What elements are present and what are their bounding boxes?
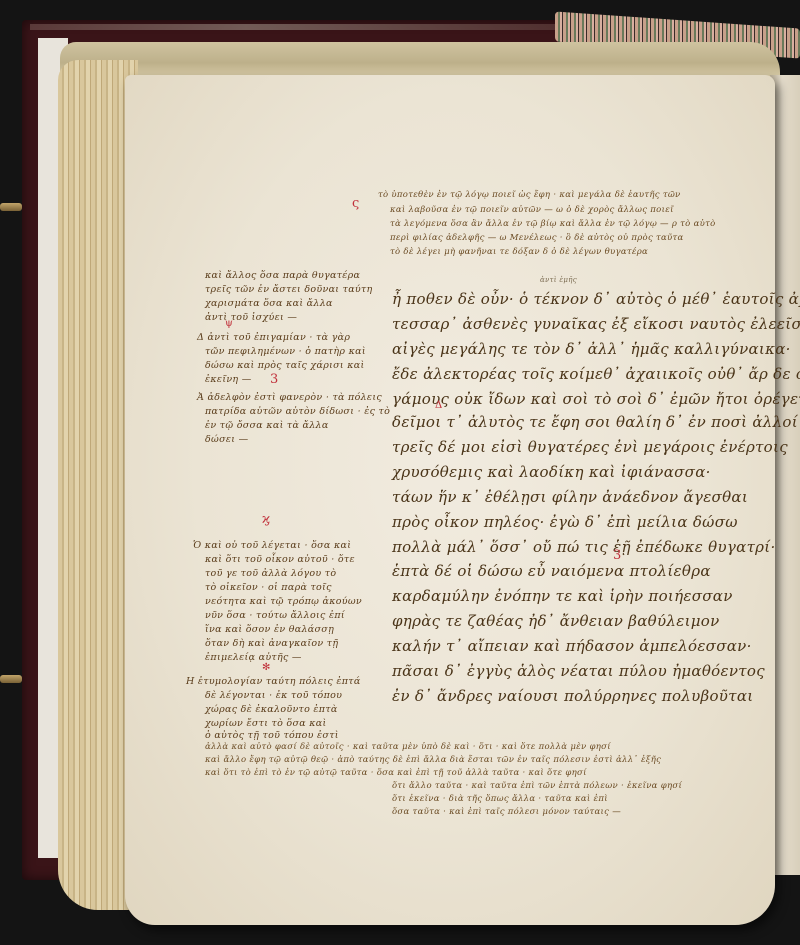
margin-scholion-line: ἀντὶ τοῦ ἰσχύει — (205, 312, 297, 323)
main-text-line: φηρὰς τε ζαθέας ἠδ᾽ ἄνθειαν βαθύλειμον (392, 612, 720, 630)
margin-scholion-line: δώσω καὶ πρὸς ταῖς χάρισι καὶ (205, 360, 365, 371)
main-text-line: αἰγὲς μεγάλης τε τὸν δ᾽ ἀλλ᾽ ἡμᾶς καλλιγ… (392, 340, 791, 358)
margin-scholion-line: Η ἐτυμολογίαν ταύτη πόλεις ἑπτά (186, 676, 361, 687)
top-scholion-line: περὶ φιλίας ἀδελφῆς — ω Μενέλεως · ὃ δὲ … (390, 233, 684, 243)
margin-scholion-line: ἐπιμελείᾳ αὐτῆς — (205, 652, 302, 663)
margin-scholion-line: χαρισμάτα ὅσα καὶ ἄλλα (205, 298, 333, 309)
margin-scholion-line: χωρίων ἔστι τὸ ὅσα καὶ (205, 718, 327, 729)
margin-scholion-line: τῶν πεφιλημένων · ὁ πατὴρ καὶ (205, 346, 366, 357)
margin-scholion-line: τρεῖς τῶν ἐν ἄστει δοῦναι ταύτη (205, 284, 373, 295)
margin-scholion-line: ὁ αὐτὸς τῇ τοῦ τόπου ἐστὶ (205, 730, 339, 741)
margin-scholion-line: νεότητα καὶ τῷ τρόπῳ ἀκούων (205, 596, 362, 607)
bottom-scholion-line: ὅτι ἄλλο ταῦτα · καὶ ταῦτα ἐπὶ τῶν ἑπτὰ … (392, 781, 682, 791)
bottom-scholion-line: καὶ ἄλλο ἔφη τῷ αὐτῷ θεῷ · ἀπὸ ταύτης δὲ… (205, 755, 661, 765)
main-text-line: χρυσόθεμις καὶ λαοδίκη καὶ ἰφιάνασσα· (392, 463, 711, 481)
margin-scholion-line: δώσει — (205, 434, 248, 445)
margin-marker: ✻ (262, 662, 270, 673)
margin-scholion-line: Δ ἀντὶ τοῦ ἐπιγαμίαν · τὰ γὰρ (197, 332, 350, 343)
main-text-line: πᾶσαι δ᾽ ἐγγὺς ἁλὸς νέαται πύλου ἠμαθόεν… (392, 662, 765, 680)
main-text-line: πρὸς οἶκον πηλέος· ἐγὼ δ᾽ ἐπὶ μείλια δώσ… (392, 513, 738, 531)
main-text-line: τεσσαρ᾽ ἀσθενὲς γυναῖκας ἐξ εἴκοσι ναυτὸ… (392, 315, 800, 333)
scholion-marker: ς (352, 196, 359, 211)
margin-scholion-line: ἵνα καὶ ὅσον ἐν θαλάσσῃ (205, 624, 334, 635)
main-text-line: ἔδε ἀλεκτορέας τοῖς κοίμεθ᾽ ἀχαιικοῖς οὐ… (392, 365, 800, 383)
clasp-pin-bottom (0, 675, 22, 683)
clasp-pin-top (0, 203, 22, 211)
binding-edge (30, 24, 570, 30)
main-text-line: τρεῖς δέ μοι εἰσὶ θυγατέρες ἐνὶ μεγάροις… (392, 438, 788, 456)
main-text-line: ἦ ποθεν δὲ οὖν· ὁ τέκνον δ᾽ αὐτὸς ὁ μέθ᾽… (392, 290, 800, 308)
margin-marker: 3 (270, 372, 278, 387)
margin-marker: ψ (225, 318, 233, 329)
top-scholion-line: τὸ δὲ λέγει μὴ φανῆναι τε δόξαν δ ὁ δὲ λ… (390, 247, 648, 257)
margin-scholion-line: ὅταν δὴ καὶ ἀναγκαῖον τῇ (205, 638, 338, 649)
margin-scholion-line: τὸ οἰκεῖον · οἱ παρὰ τοῖς (205, 582, 332, 593)
margin-scholion-line: ἐκεῖνη — (205, 374, 252, 385)
top-scholion-line: καὶ λαβοῦσα ἐν τῷ ποιεῖν αὐτῶν — ω ὁ δὲ … (390, 205, 674, 215)
margin-marker: ϗ (262, 512, 270, 527)
margin-scholion-line: χώρας δὲ ἐκαλοῦντο ἑπτὰ (205, 704, 338, 715)
bottom-scholion-line: ὅσα ταῦτα · καὶ ἐπὶ ταῖς πόλεσι μόνον τα… (392, 807, 621, 817)
rubric-mark: Δ (435, 400, 442, 411)
main-text-line: καρδαμύλην ἐνόπην τε καὶ ἱρὴν ποιήεσσαν (392, 587, 733, 605)
margin-scholion-line: τοῦ γε τοῦ ἀλλὰ λόγου τὸ (205, 568, 336, 579)
margin-scholion-line: ἐν τῷ ὄσσα καὶ τὰ ἄλλα (205, 420, 329, 431)
main-text-line: τάων ἥν κ᾽ ἐθέλῃσι φίλην ἀνάεδνον ἄγεσθα… (392, 488, 748, 506)
margin-scholion-line: Ὁ καὶ οὐ τοῦ λέγεται · ὅσα καὶ (193, 540, 351, 551)
margin-scholion-line: καὶ ἄλλος ὅσα παρὰ θυγατέρα (205, 270, 360, 281)
margin-scholion-line: νῦν ὅσα · τούτω ἄλλοις ἐπί (205, 610, 345, 621)
rubric-number: 3 (613, 548, 621, 563)
top-scholion-line: τὸ ὑποτεθὲν ἐν τῷ λόγῳ ποιεῖ ὡς ἔφη · κα… (378, 190, 681, 200)
bottom-scholion-line: ἀλλὰ καὶ αὐτὸ φασί δὲ αὐτοῖς · καὶ ταῦτα… (205, 742, 611, 752)
main-text-line: πολλὰ μάλ᾽ ὅσσ᾽ οὔ πώ τις ἑῇ ἐπέδωκε θυγ… (392, 538, 776, 556)
bottom-scholion-line: καὶ ὅτι τὸ ἐπὶ τὸ ἐν τῷ αὐτῷ ταῦτα · ὅσα… (205, 768, 587, 778)
interlinear-note: ἀντὶ ἐμῆς (540, 276, 577, 284)
main-text-line: καλήν τ᾽ αἴπειαν καὶ πήδασον ἀμπελόεσσαν… (392, 637, 752, 655)
main-text-line: ἐν δ᾽ ἄνδρες ναίουσι πολύρρηνες πολυβοῦτ… (392, 687, 753, 705)
main-text-line: ἑπτὰ δέ οἱ δώσω εὖ ναιόμενα πτολίεθρα (392, 562, 711, 580)
top-scholion-line: τὰ λεγόμενα ὅσα ἂν ἄλλα ἐν τῷ βίῳ καὶ ἄλ… (390, 219, 716, 229)
margin-scholion-line: δὲ λέγονται · ἐκ τοῦ τόπου (205, 690, 342, 701)
margin-scholion-line: καὶ ὅτι τοῦ οἶκον αὐτοῦ · ὅτε (205, 554, 355, 565)
bottom-scholion-line: ὅτι ἐκεῖνα · διὰ τῆς ὅπως ἄλλα · ταῦτα κ… (392, 794, 608, 804)
main-text-line: δεῖμοι τ᾽ ἀλυτὸς τε ἔφη σοι θαλίη δ᾽ ἐν … (392, 413, 798, 431)
margin-scholion-line: Ἀ ἀδελφὸν ἐστὶ φανερὸν · τὰ πόλεις (197, 392, 382, 403)
margin-scholion-line: πατρίδα αὐτῶν αὐτὸν δίδωσι · ἐς τὸ (205, 406, 390, 417)
main-text-line: γάμους οὐκ ἴδων καὶ σοὶ τὸ σοὶ δ᾽ ἐμῶν ἤ… (392, 390, 800, 408)
